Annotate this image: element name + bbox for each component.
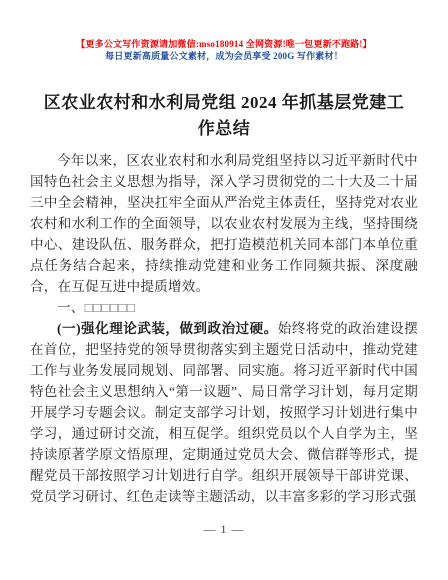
subsection-text: 始终将党的政治建设摆在首位，把坚持党的领导贯彻落实到主题党日活动中，推动党建工作… [30,321,418,504]
section-heading-number: 一、 [57,300,85,315]
section-heading-placeholder-boxes: □□□□□□ [85,300,136,315]
ad-banner: 【更多公文写作资源请加微信:mso180914 全网资源!唯一包更新不跑路!】 … [0,0,448,63]
ad-banner-line2: 每日更新高质量公文素材，成为会员享受 200G 写作素材！ [0,50,448,63]
subsection-paragraph: (一)强化理论武装，做到政治过硬。始终将党的政治建设摆在首位，把坚持党的领导贯彻… [30,318,418,507]
document-title: 区农业农村和水利局党组 2024 年抓基层党建工作总结 [40,90,408,142]
ad-banner-line1: 【更多公文写作资源请加微信:mso180914 全网资源!唯一包更新不跑路!】 [0,38,448,50]
document-body: 今年以来，区农业农村和水利局党组坚持以习近平新时代中国特色社会主义思想为指导，深… [0,150,448,507]
subsection-heading: (一)强化理论武装，做到政治过硬。 [57,321,278,336]
intro-paragraph: 今年以来，区农业农村和水利局党组坚持以习近平新时代中国特色社会主义思想为指导，深… [30,150,418,297]
section-heading: 一、□□□□□□ [30,297,418,318]
page-number: — 1 — [0,522,448,537]
document-page: 【更多公文写作资源请加微信:mso180914 全网资源!唯一包更新不跑路!】 … [0,0,448,580]
